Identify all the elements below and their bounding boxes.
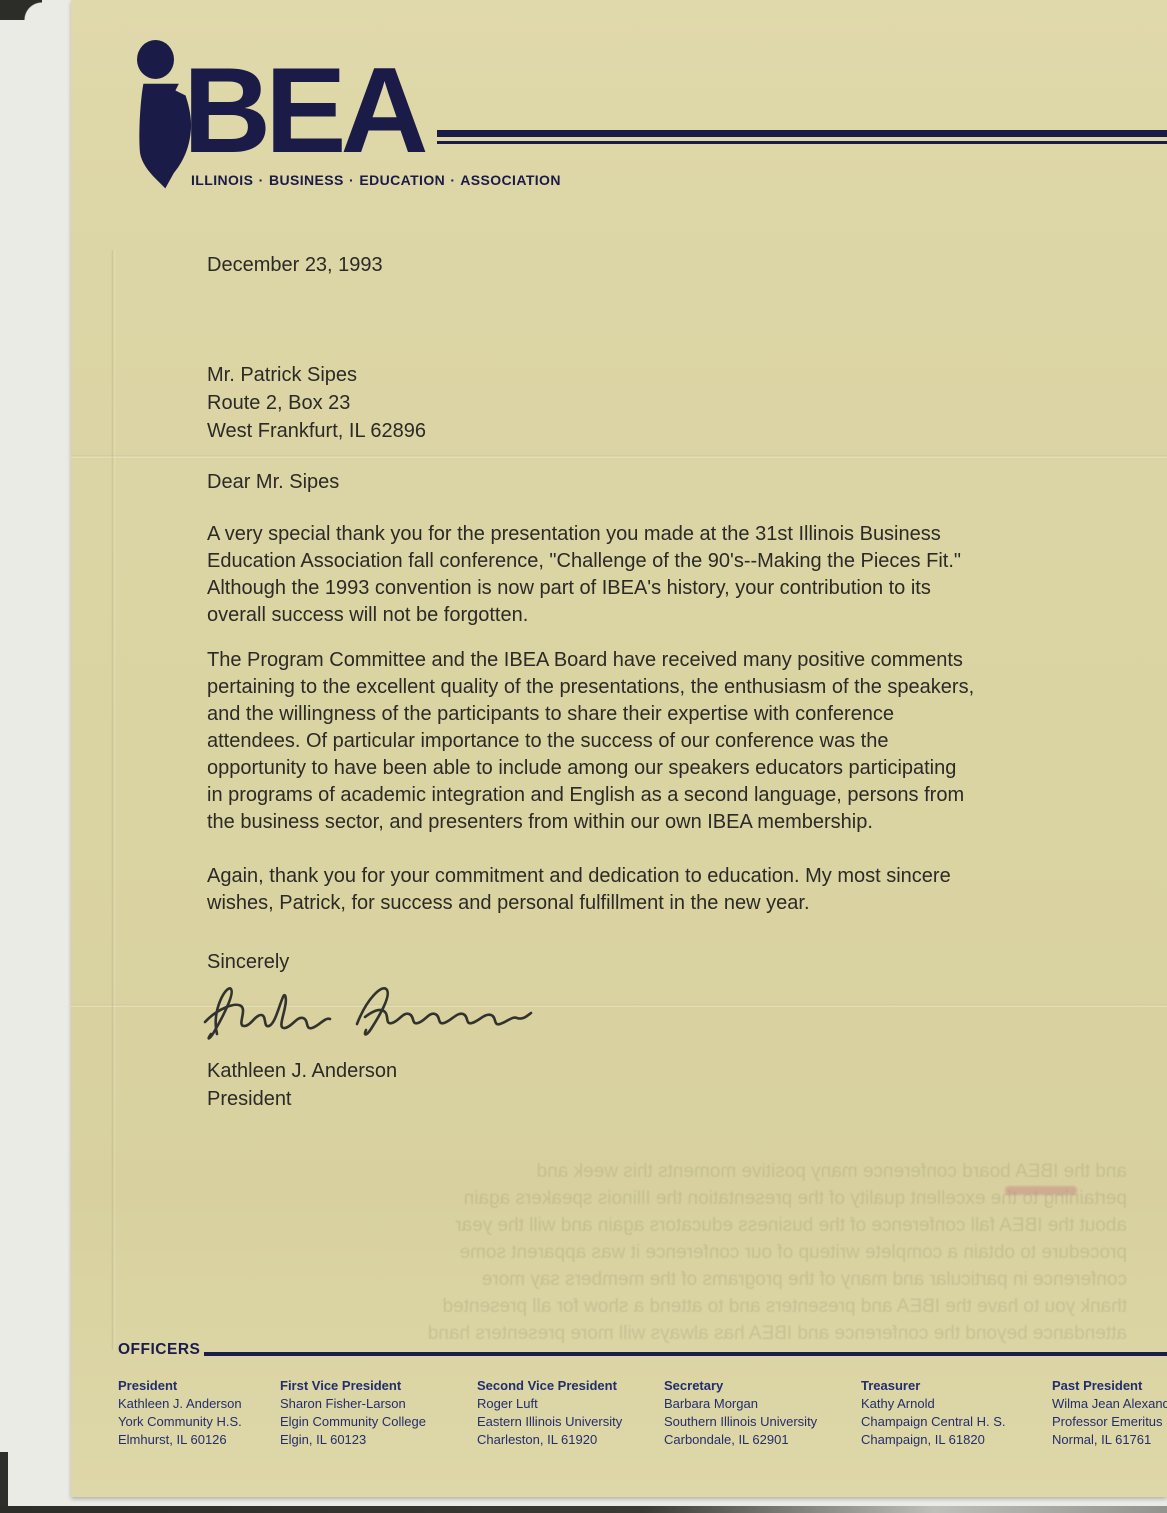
handwritten-signature: [197, 972, 542, 1054]
officer-first-vice-president: First Vice President Sharon Fisher-Larso…: [280, 1377, 426, 1449]
officer-title: Treasurer: [861, 1377, 1006, 1395]
officer-title: Past President: [1052, 1377, 1167, 1395]
officer-treasurer: Treasurer Kathy Arnold Champaign Central…: [861, 1377, 1006, 1449]
officer-title: President: [118, 1377, 242, 1395]
paper-crease-horizontal: [71, 455, 1167, 458]
paper-crease-vertical: [111, 250, 116, 1350]
officer-org: Champaign Central H. S.: [861, 1413, 1006, 1431]
scanned-letter: BEA ILLINOIS · BUSINESS · EDUCATION · AS…: [0, 0, 1167, 1513]
salutation: Dear Mr. Sipes: [207, 469, 339, 496]
officer-secretary: Secretary Barbara Morgan Southern Illino…: [664, 1377, 817, 1449]
scanner-corner-artifact: [0, 0, 42, 20]
illinois-dot-icon: [137, 40, 174, 79]
officer-name: Sharon Fisher-Larson: [280, 1395, 426, 1413]
body-paragraph: A very special thank you for the present…: [207, 521, 1137, 629]
officer-org: Elgin Community College: [280, 1413, 426, 1431]
officers-heading: OFFICERS: [118, 1341, 200, 1359]
officer-title: Secretary: [664, 1377, 817, 1395]
scanner-edge-artifact: [0, 1452, 8, 1513]
officer-location: Elmhurst, IL 60126: [118, 1431, 242, 1449]
officer-title: First Vice President: [280, 1377, 426, 1395]
officer-name: Barbara Morgan: [664, 1395, 817, 1413]
scanner-edge-artifact: [0, 1506, 1167, 1513]
letter-page: BEA ILLINOIS · BUSINESS · EDUCATION · AS…: [71, 0, 1167, 1497]
ink-smudge: [1005, 1186, 1077, 1195]
officer-org: Southern Illinois University: [664, 1413, 817, 1431]
officer-location: Normal, IL 61761: [1052, 1431, 1167, 1449]
officer-name: Wilma Jean Alexander: [1052, 1395, 1167, 1413]
officer-name: Roger Luft: [477, 1395, 622, 1413]
officer-past-president: Past President Wilma Jean Alexander Prof…: [1052, 1377, 1167, 1449]
logo-acronym: BEA: [183, 58, 423, 162]
logo-tagline: ILLINOIS · BUSINESS · EDUCATION · ASSOCI…: [191, 172, 561, 188]
body-paragraph: The Program Committee and the IBEA Board…: [207, 647, 1137, 836]
officer-location: Elgin, IL 60123: [280, 1431, 426, 1449]
recipient-address: Mr. Patrick Sipes Route 2, Box 23 West F…: [207, 361, 426, 445]
page-bleedthrough-text: and the IBEA board conference many posit…: [137, 1158, 1127, 1347]
officer-name: Kathleen J. Anderson: [118, 1395, 242, 1413]
signer-name-title: Kathleen J. Anderson President: [207, 1057, 397, 1113]
letterhead-rule-thick: [437, 130, 1167, 137]
letter-date: December 23, 1993: [207, 252, 383, 279]
officer-org: Eastern Illinois University: [477, 1413, 622, 1431]
body-paragraph: Again, thank you for your commitment and…: [207, 863, 1137, 917]
officer-location: Champaign, IL 61820: [861, 1431, 1006, 1449]
officer-org: Professor Emeritus: [1052, 1413, 1167, 1431]
officers-rule: [204, 1352, 1167, 1356]
letterhead-rule-thin: [437, 141, 1167, 144]
officer-location: Charleston, IL 61920: [477, 1431, 622, 1449]
officer-location: Carbondale, IL 62901: [664, 1431, 817, 1449]
officer-second-vice-president: Second Vice President Roger Luft Eastern…: [477, 1377, 622, 1449]
officer-name: Kathy Arnold: [861, 1395, 1006, 1413]
officer-org: York Community H.S.: [118, 1413, 242, 1431]
officer-title: Second Vice President: [477, 1377, 622, 1395]
officer-president: President Kathleen J. Anderson York Comm…: [118, 1377, 242, 1449]
